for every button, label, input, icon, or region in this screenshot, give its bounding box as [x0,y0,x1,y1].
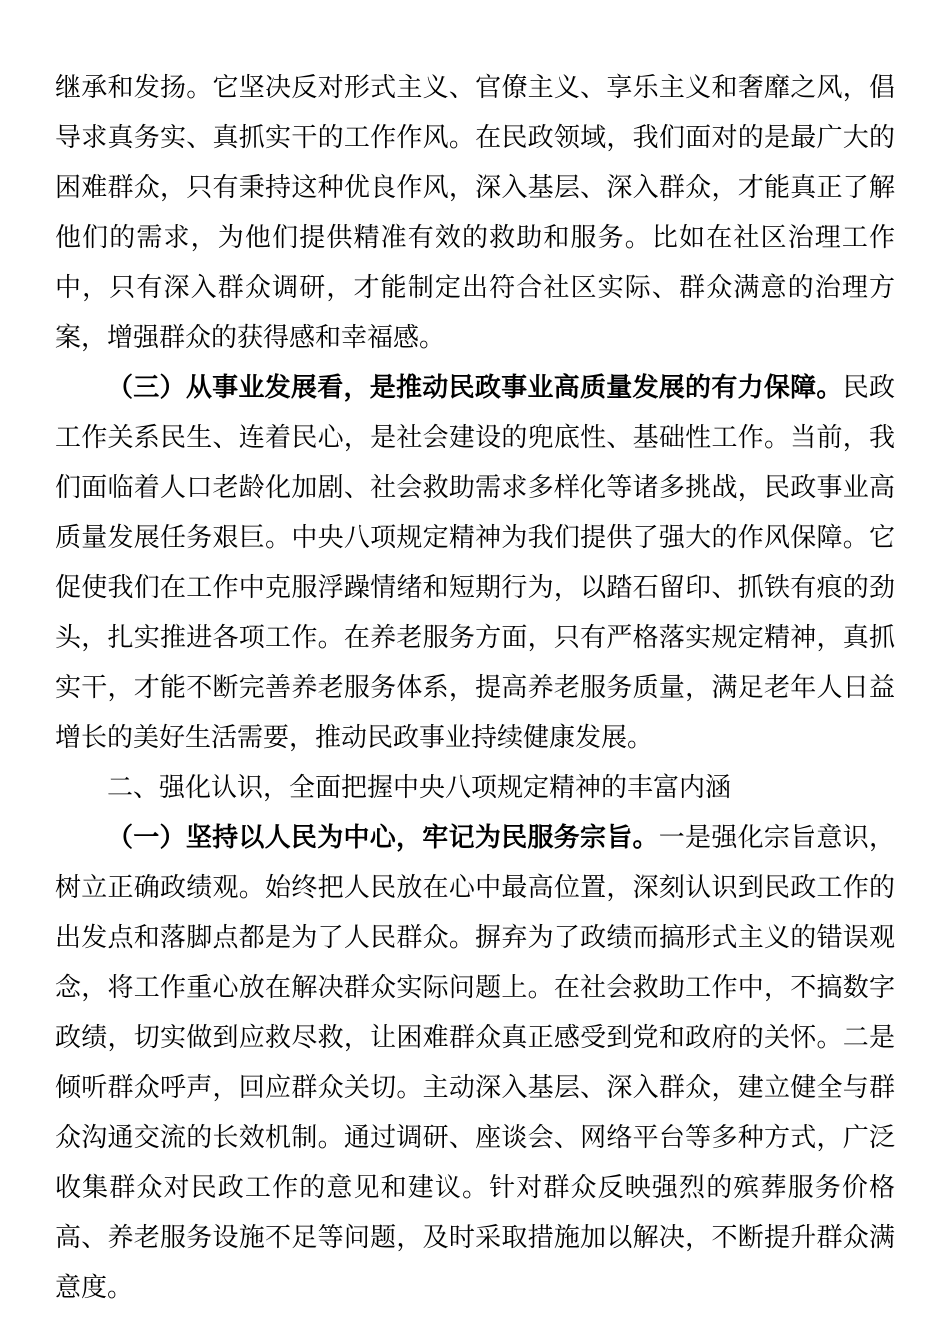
document-body: 继承和发扬。它坚决反对形式主义、官僚主义、享乐主义和奢靡之风，倡导求真务实、真抓… [55,62,895,1312]
paragraph-section-1: （一）坚持以人民为中心，牢记为民服务宗旨。一是强化宗旨意识，树立正确政绩观。始终… [55,812,895,1312]
text-segment: 一是强化宗旨意识，树立正确政绩观。始终把人民放在心中最高位置，深刻认识到民政工作… [55,822,895,1302]
paragraph-heading-2: 二、强化认识，全面把握中央八项规定精神的丰富内涵 [55,762,895,812]
paragraph-continuation: 继承和发扬。它坚决反对形式主义、官僚主义、享乐主义和奢靡之风，倡导求真务实、真抓… [55,62,895,362]
text-segment-bold: （三）从事业发展看，是推动民政事业高质量发展的有力保障。 [107,372,843,402]
text-segment: 民政工作关系民生、连着民心，是社会建设的兜底性、基础性工作。当前，我们面临着人口… [55,372,895,752]
document-page: 继承和发扬。它坚决反对形式主义、官僚主义、享乐主义和奢靡之风，倡导求真务实、真抓… [0,0,950,1344]
text-segment: 继承和发扬。它坚决反对形式主义、官僚主义、享乐主义和奢靡之风，倡导求真务实、真抓… [55,72,895,352]
text-segment: 二、强化认识，全面把握中央八项规定精神的丰富内涵 [107,772,731,802]
paragraph-section-3: （三）从事业发展看，是推动民政事业高质量发展的有力保障。民政工作关系民生、连着民… [55,362,895,762]
text-segment-bold: （一）坚持以人民为中心，牢记为民服务宗旨。 [107,822,659,852]
